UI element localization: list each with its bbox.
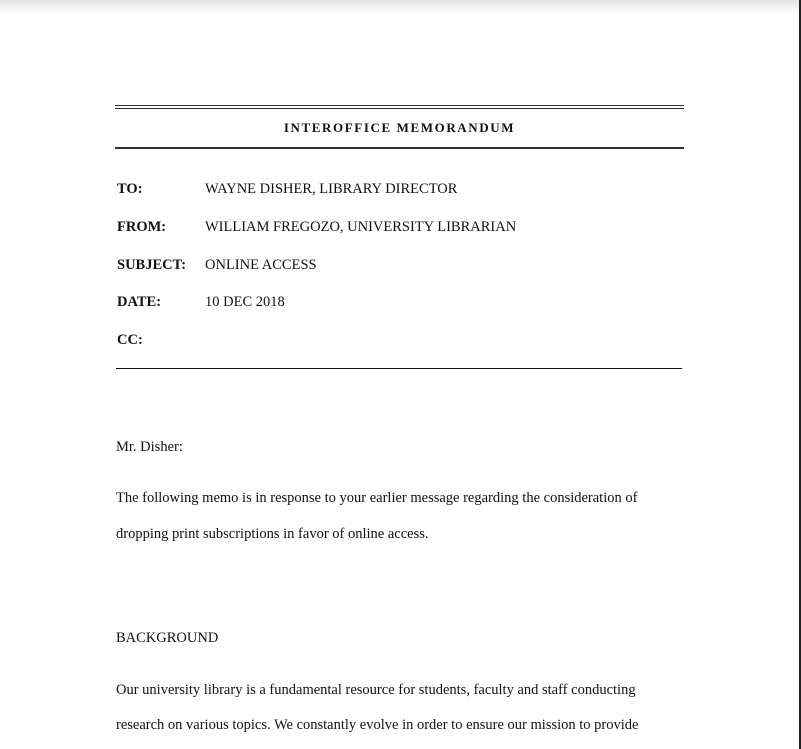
field-date: DATE:10 DEC 2018 (117, 293, 285, 311)
field-from: FROM:WILLIAM FREGOZO, UNIVERSITY LIBRARI… (117, 218, 516, 236)
document-page: INTEROFFICE MEMORANDUM TO:WAYNE DISHER, … (0, 0, 799, 749)
header-double-rule-lower (115, 108, 684, 109)
memo-title: INTEROFFICE MEMORANDUM (115, 120, 684, 136)
intro-line-2: dropping print subscriptions in favor of… (116, 525, 429, 543)
field-date-value: 10 DEC 2018 (205, 293, 285, 311)
field-cc-label: CC: (117, 331, 205, 349)
section-heading-background: BACKGROUND (116, 629, 218, 647)
field-subject: SUBJECT:ONLINE ACCESS (117, 256, 317, 274)
intro-line-1: The following memo is in response to you… (116, 489, 637, 507)
background-line-2: research on various topics. We constantl… (116, 716, 638, 734)
field-to-label: TO: (117, 180, 205, 198)
fields-bottom-rule (116, 368, 682, 369)
field-cc: CC: (117, 331, 205, 349)
salutation: Mr. Disher: (116, 438, 183, 456)
header-double-rule-upper (115, 105, 684, 106)
header-bottom-rule (115, 147, 684, 149)
field-date-label: DATE: (117, 293, 205, 311)
viewer-top-shadow (0, 0, 799, 14)
field-to: TO:WAYNE DISHER, LIBRARY DIRECTOR (117, 180, 457, 198)
field-subject-value: ONLINE ACCESS (205, 256, 317, 274)
field-from-label: FROM: (117, 218, 205, 236)
field-subject-label: SUBJECT: (117, 256, 205, 274)
field-to-value: WAYNE DISHER, LIBRARY DIRECTOR (205, 180, 457, 198)
field-from-value: WILLIAM FREGOZO, UNIVERSITY LIBRARIAN (205, 218, 516, 236)
background-line-1: Our university library is a fundamental … (116, 681, 636, 699)
